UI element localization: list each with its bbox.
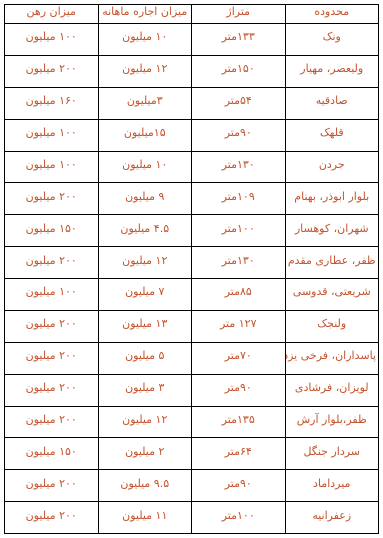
deposit-cell: ۱۰۰ میلیون [5,24,99,56]
deposit-cell: ۲۰۰ میلیون [5,183,99,215]
deposit-cell: ۲۰۰ میلیون [5,470,99,502]
area-cell: ۷۰متر [192,342,286,374]
monthly-rent-cell: ۱۲ میلیون [98,406,192,438]
district-cell: ولیعصر، مهیار [285,55,379,87]
district-cell: بلوار ابوذر، بهنام [285,183,379,215]
area-cell: ۱۳۰متر [192,247,286,279]
deposit-cell: ۱۶۰ میلیون [5,87,99,119]
district-cell: ولنجک [285,310,379,342]
monthly-rent-cell: ۴.۵ میلیون [98,215,192,247]
district-cell: شریعتی، قدوسی [285,279,379,311]
district-cell: جردن [285,151,379,183]
header-row: محدوده متراژ میزان اجاره ماهانه میزان ره… [5,5,379,24]
deposit-cell: ۱۵۰ میلیون [5,438,99,470]
area-cell: ۵۴متر [192,87,286,119]
deposit-cell: ۲۰۰ میلیون [5,374,99,406]
header-area: متراژ [192,5,286,24]
table-row: ولنجک۱۲۷ متر۱۳ میلیون۲۰۰ میلیون [5,310,379,342]
area-cell: ۶۴متر [192,438,286,470]
district-cell: شهران، کوهسار [285,215,379,247]
monthly-rent-cell: ۹ میلیون [98,183,192,215]
monthly-rent-cell: ۱۳ میلیون [98,310,192,342]
monthly-rent-cell: ۹.۵ میلیون [98,470,192,502]
header-district: محدوده [285,5,379,24]
monthly-rent-cell: ۷ میلیون [98,279,192,311]
monthly-rent-cell: ۵ میلیون [98,342,192,374]
deposit-cell: ۲۰۰ میلیون [5,247,99,279]
district-cell: ونک [285,24,379,56]
table-row: صادقیه۵۴متر۳میلیون۱۶۰ میلیون [5,87,379,119]
deposit-cell: ۲۰۰ میلیون [5,310,99,342]
area-cell: ۱۵۰متر [192,55,286,87]
district-cell: پاسداران، فرخی یزدی [285,342,379,374]
table-row: شهران، کوهسار۱۰۰متر۴.۵ میلیون۱۵۰ میلیون [5,215,379,247]
area-cell: ۱۳۳متر [192,24,286,56]
table-row: زعفرانیه۱۰۰متر۱۱ میلیون۲۰۰ میلیون [5,502,379,534]
deposit-cell: ۱۰۰ میلیون [5,151,99,183]
district-cell: ظفر،بلوار آرش [285,406,379,438]
rental-listings-page: محدوده متراژ میزان اجاره ماهانه میزان ره… [0,0,383,538]
table-body: ونک۱۳۳متر۱۰ میلیون۱۰۰ میلیونولیعصر، مهیا… [5,24,379,534]
area-cell: ۸۵متر [192,279,286,311]
deposit-cell: ۱۰۰ میلیون [5,279,99,311]
district-cell: زعفرانیه [285,502,379,534]
table-row: لویزان، فرشادی۹۰متر۳ میلیون۲۰۰ میلیون [5,374,379,406]
area-cell: ۹۰متر [192,119,286,151]
table-row: ونک۱۳۳متر۱۰ میلیون۱۰۰ میلیون [5,24,379,56]
deposit-cell: ۲۰۰ میلیون [5,55,99,87]
header-deposit: میزان رهن [5,5,99,24]
deposit-cell: ۲۰۰ میلیون [5,406,99,438]
area-cell: ۱۰۰متر [192,502,286,534]
district-cell: سردار جنگل [285,438,379,470]
monthly-rent-cell: ۱۰ میلیون [98,24,192,56]
area-cell: ۹۰متر [192,470,286,502]
header-monthly-rent: میزان اجاره ماهانه [98,5,192,24]
deposit-cell: ۱۰۰ میلیون [5,119,99,151]
district-cell: لویزان، فرشادی [285,374,379,406]
deposit-cell: ۱۵۰ میلیون [5,215,99,247]
deposit-cell: ۲۰۰ میلیون [5,502,99,534]
district-cell: ظفر، عطاری مقدم [285,247,379,279]
table-row: قلهک۹۰متر۱۵میلیون۱۰۰ میلیون [5,119,379,151]
table-row: ولیعصر، مهیار۱۵۰متر۱۲ میلیون۲۰۰ میلیون [5,55,379,87]
area-cell: ۱۳۰متر [192,151,286,183]
monthly-rent-cell: ۱۵میلیون [98,119,192,151]
table-row: سردار جنگل۶۴متر۲ میلیون۱۵۰ میلیون [5,438,379,470]
monthly-rent-cell: ۱۲ میلیون [98,55,192,87]
area-cell: ۱۰۹متر [192,183,286,215]
rent-table: محدوده متراژ میزان اجاره ماهانه میزان ره… [4,4,379,534]
area-cell: ۹۰متر [192,374,286,406]
table-row: میرداماد۹۰متر۹.۵ میلیون۲۰۰ میلیون [5,470,379,502]
monthly-rent-cell: ۱۰ میلیون [98,151,192,183]
area-cell: ۱۳۵متر [192,406,286,438]
area-cell: ۱۲۷ متر [192,310,286,342]
table-row: ظفر،بلوار آرش۱۳۵متر۱۲ میلیون۲۰۰ میلیون [5,406,379,438]
deposit-cell: ۲۰۰ میلیون [5,342,99,374]
table-row: شریعتی، قدوسی۸۵متر۷ میلیون۱۰۰ میلیون [5,279,379,311]
district-cell: صادقیه [285,87,379,119]
table-row: پاسداران، فرخی یزدی۷۰متر۵ میلیون۲۰۰ میلی… [5,342,379,374]
monthly-rent-cell: ۳میلیون [98,87,192,119]
monthly-rent-cell: ۱۲ میلیون [98,247,192,279]
district-cell: میرداماد [285,470,379,502]
area-cell: ۱۰۰متر [192,215,286,247]
monthly-rent-cell: ۳ میلیون [98,374,192,406]
table-row: جردن۱۳۰متر۱۰ میلیون۱۰۰ میلیون [5,151,379,183]
monthly-rent-cell: ۲ میلیون [98,438,192,470]
table-row: ظفر، عطاری مقدم۱۳۰متر۱۲ میلیون۲۰۰ میلیون [5,247,379,279]
table-row: بلوار ابوذر، بهنام۱۰۹متر۹ میلیون۲۰۰ میلی… [5,183,379,215]
district-cell: قلهک [285,119,379,151]
monthly-rent-cell: ۱۱ میلیون [98,502,192,534]
